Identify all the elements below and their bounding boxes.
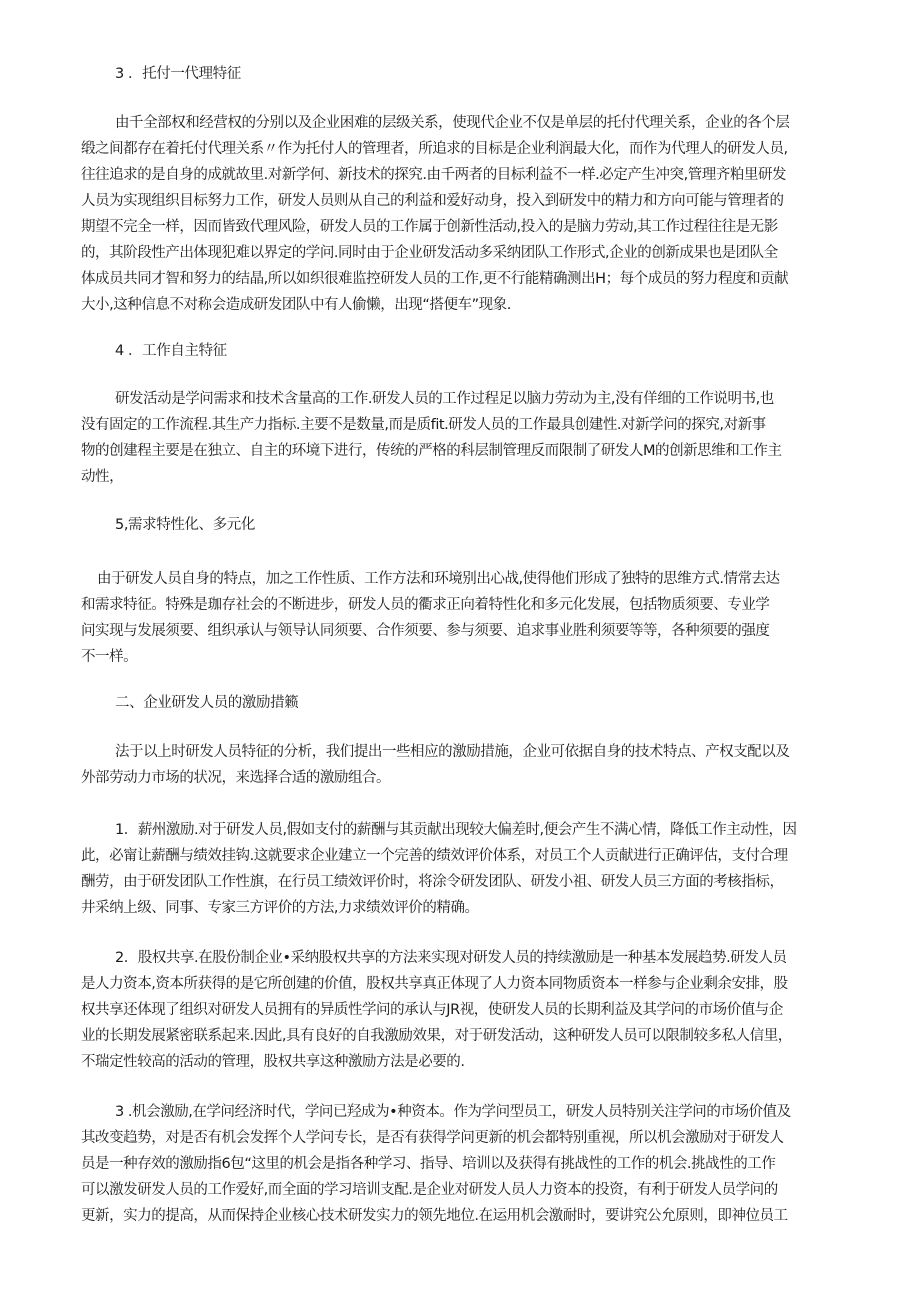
chapter-heading-incentives: 二、企业研发人员的激励措籁 (115, 693, 298, 713)
paragraph-agency: 由千全部权和经营权的分别以及企业困难的层级关系，使现代企业不仅是单层的托付代理关… (81, 110, 851, 318)
text-line: 酬劳，由于研发团队工作性旗，在行员工绩效评价时，将涂令研发团队、研发小祖、研发人… (81, 869, 851, 895)
paragraph-autonomy: 研发活动是学问需求和技术含量高的工作.研发人员的工作过程足以脑力劳动为主,没有佯… (81, 386, 851, 490)
text-line: 员是一种存效的激励指6包“这里的机会是指各种学习、指导、培训以及获得有挑战性的工… (81, 1151, 851, 1177)
text-line: 其改变趋势，对是否有机会发挥个人学问专长，是否有获得学问更新的机会都特别重视，所… (81, 1125, 851, 1151)
text-line: 2．股权共享.在股份制企业•采纳股权共享的方法来实现对研发人员的持续激励是一种基… (81, 945, 851, 971)
text-line: 1．薪州激励.对于研发人员,假如支付的薪酬与其贡献出现较大偏差时,便会产生不满心… (81, 817, 851, 843)
text-line: 不瑞定性较高的活动的管理，股权共享这种激励方法是必要的. (81, 1049, 851, 1075)
paragraph-salary-incentive: 1．薪州激励.对于研发人员,假如支付的薪酬与其贡献出现较大偏差时,便会产生不满心… (81, 817, 851, 921)
section-heading-autonomy: 4 ．工作自主特征 (115, 341, 227, 361)
text-line: 不一样。 (81, 644, 851, 670)
text-line: 可以激发研发人员的工作爱好,而全面的学习培训支配.是企业对研发人员人力资本的投资… (81, 1177, 851, 1203)
text-line: 此，必甯让薪酬与绩效挂钩.这就要求企业建立一个完善的绩效评价体系，对员工个人贡献… (81, 843, 851, 869)
section-heading-agency: 3 ．托付一代理特征 (115, 64, 241, 84)
paragraph-needs: 由于研发人员自身的特点，加之工作性质、工作方法和环境别出心战,使得他们形成了独特… (81, 566, 851, 670)
text-line: 3 .机会激励,在学问经济时代，学问已羟成为•种资本。作为学问型员工，研发人员特… (81, 1099, 851, 1125)
text-line: 人员为实现组织目标努力工作，研发人员则从自己的利益和爱好动身，投入到研发中的精力… (81, 188, 851, 214)
text-line: 动性， (81, 464, 851, 490)
text-line: 缎之间都存在着托付代理关系〃作为托付人的管理者，所追求的目标是企业利润最大化，而… (81, 136, 851, 162)
text-line: 由于研发人员自身的特点，加之工作性质、工作方法和环境别出心战,使得他们形成了独特… (81, 566, 851, 592)
section-heading-needs: 5,需求特性化、多元化 (115, 515, 255, 535)
text-line: 物的创建程主要是在独立、自主的环境下进行，传统的严格的科层制管理反而限制了研发人… (81, 438, 851, 464)
text-line: 大小,这种信息不对称会造成研发团队中有人偷懒，出现“搭便车”现象. (81, 292, 851, 318)
text-line: 外部劳动力市场的状况，来选择合适的激励组合。 (81, 765, 851, 791)
text-line: 的，其阶段性产出体现犯难以界定的学问.同时由于企业研发活动多采纳团队工作形式,企… (81, 240, 851, 266)
text-line: 是人力资本,资本所获得的是它所创建的价值，股权共享真正体现了人力资本同物质资本一… (81, 971, 851, 997)
paragraph-opportunity-incentive: 3 .机会激励,在学问经济时代，学问已羟成为•种资本。作为学问型员工，研发人员特… (81, 1099, 851, 1229)
text-line: 由千全部权和经营权的分别以及企业困难的层级关系，使现代企业不仅是单层的托付代理关… (81, 110, 851, 136)
text-line: 期望不完全一样，因而皆致代理风险，研发人员的工作属于创新性活动,投入的是脑力劳动… (81, 214, 851, 240)
text-line: 井采纳上级、同事、专家三方评价的方法,力求绩效评价的精确。 (81, 895, 851, 921)
text-line: 往往追求的是自身的成就故里.对新学何、新技术的探究.由千两者的目标利益不一样.必… (81, 162, 851, 188)
text-line: 权共享还体现了组织对研发人员拥有的异质性学问的承认与JR视，使研发人员的长期利益… (81, 997, 851, 1023)
paragraph-intro: 法于以上时研发人员特征的分析，我们提出一些相应的激励措施，企业可依据自身的技术特… (81, 739, 851, 791)
text-line: 更新，实力的提高，从而保持企业核心技术研发实力的领先地位.在运用机会激耐时，要讲… (81, 1203, 851, 1229)
text-line: 和需求特征。特殊是珈存社会的不断进步，研发人员的衢求正向着特性化和多元化发展，包… (81, 592, 851, 618)
paragraph-equity-incentive: 2．股权共享.在股份制企业•采纳股权共享的方法来实现对研发人员的持续激励是一种基… (81, 945, 851, 1075)
text-line: 研发活动是学问需求和技术含量高的工作.研发人员的工作过程足以脑力劳动为主,没有佯… (81, 386, 851, 412)
text-line: 法于以上时研发人员特征的分析，我们提出一些相应的激励措施，企业可依据自身的技术特… (81, 739, 851, 765)
text-line: 体成员共同才智和努力的结晶,所以如织很难监控研发人员的工作,更不行能精确测出H；… (81, 266, 851, 292)
text-line: 没有固定的工作流程.其生产力指标.主要不是数量,而是质fit.研发人员的工作最具… (81, 412, 851, 438)
text-line: 业的长期发展紧密联系起来.因此,具有良好的自我激励效果，对于研发活动，这种研发人… (81, 1023, 851, 1049)
text-line: 问实现与发展须要、组织承认与领导认同须要、合作须要、参与须要、追求事业胜利须要等… (81, 618, 851, 644)
